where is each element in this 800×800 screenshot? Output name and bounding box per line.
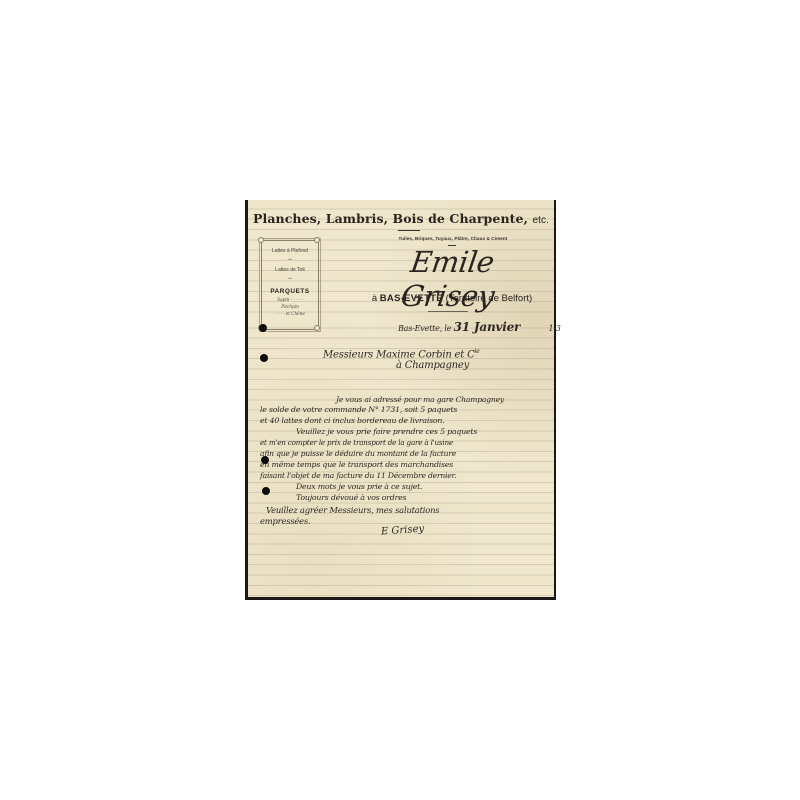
body-line: Deux mots je vous prie à ce sujet. (296, 482, 422, 491)
letter-sheet: Planches, Lambris, Bois de Charpente, et… (248, 200, 554, 597)
address-region: (Territoire de Belfort) (446, 293, 533, 304)
products-line-1: Lattes à Plafond (262, 248, 318, 254)
body-line: le solde de votre commande N° 1731, soit… (260, 405, 457, 414)
body-line: afin que je puisse le déduire du montant… (260, 449, 456, 458)
ornament-rule (428, 311, 468, 312)
box-corner-ornament (314, 325, 320, 331)
headline-text: Planches, Lambris, Bois de Charpente, (253, 211, 528, 226)
punch-hole (260, 354, 268, 362)
body-line: en même temps que le transport des march… (260, 460, 453, 469)
recipient-line-2: à Champagney (396, 360, 469, 371)
wood-type-2: Pitchpin (262, 304, 318, 309)
body-line: faisant l'objet de ma facture du 11 Déce… (260, 471, 456, 480)
ornament-divider: -•- (262, 257, 318, 263)
ornament-rule (398, 230, 420, 231)
body-line: Veuillez agréer Messieurs, mes salutatio… (266, 505, 439, 515)
recipient-line-1: Messieurs Maxime Corbin et Cie (323, 348, 480, 360)
ornament-divider: -•- (262, 276, 318, 282)
products-heading: PARQUETS (262, 288, 318, 295)
dateline: Bas-Evette, le 31 Janvier 1 3 (398, 320, 561, 334)
address-town: BAS-EVETTE (380, 293, 443, 304)
recipient-sup: ie (475, 348, 480, 355)
materials-line: Tuiles, Briques, Tuyaux, Plâtre, Chaux &… (383, 236, 523, 241)
signature: E Grisey (381, 524, 425, 538)
body-line: empressées. (260, 516, 311, 526)
body-line: et m'en compter le prix de transport de … (260, 438, 453, 447)
dateline-year: 1 3 (549, 324, 561, 333)
recipient-name: Messieurs Maxime Corbin et C (323, 349, 475, 360)
dateline-date: 31 Janvier (454, 320, 521, 334)
box-corner-ornament (258, 237, 264, 243)
punch-hole (261, 456, 269, 464)
punch-hole (259, 324, 267, 332)
company-address: à BAS-EVETTE (Territoire de Belfort) (356, 293, 548, 304)
letterhead-headline: Planches, Lambris, Bois de Charpente, et… (248, 211, 554, 226)
products-line-2: Lattes de Toit (262, 267, 318, 273)
body-line: Je vous ai adressé pour ma gare Champagn… (336, 395, 504, 404)
punch-hole (262, 487, 270, 495)
headline-suffix: etc. (532, 215, 549, 226)
body-line: et 40 lattes dont ci inclus bordereau de… (260, 416, 445, 425)
dateline-place: Bas-Evette, le (398, 324, 451, 333)
address-prefix: à (372, 293, 377, 304)
box-corner-ornament (314, 237, 320, 243)
body-line: Veuillez je vous prie faire prendre ces … (296, 427, 477, 436)
body-line: Toujours dévoué à vos ordres (296, 493, 406, 502)
wood-type-1: Sapin · · · · · (262, 297, 318, 302)
products-box: Lattes à Plafond -•- Lattes de Toit -•- … (261, 240, 319, 330)
wood-type-3: · · · · et Chêne (262, 311, 318, 316)
